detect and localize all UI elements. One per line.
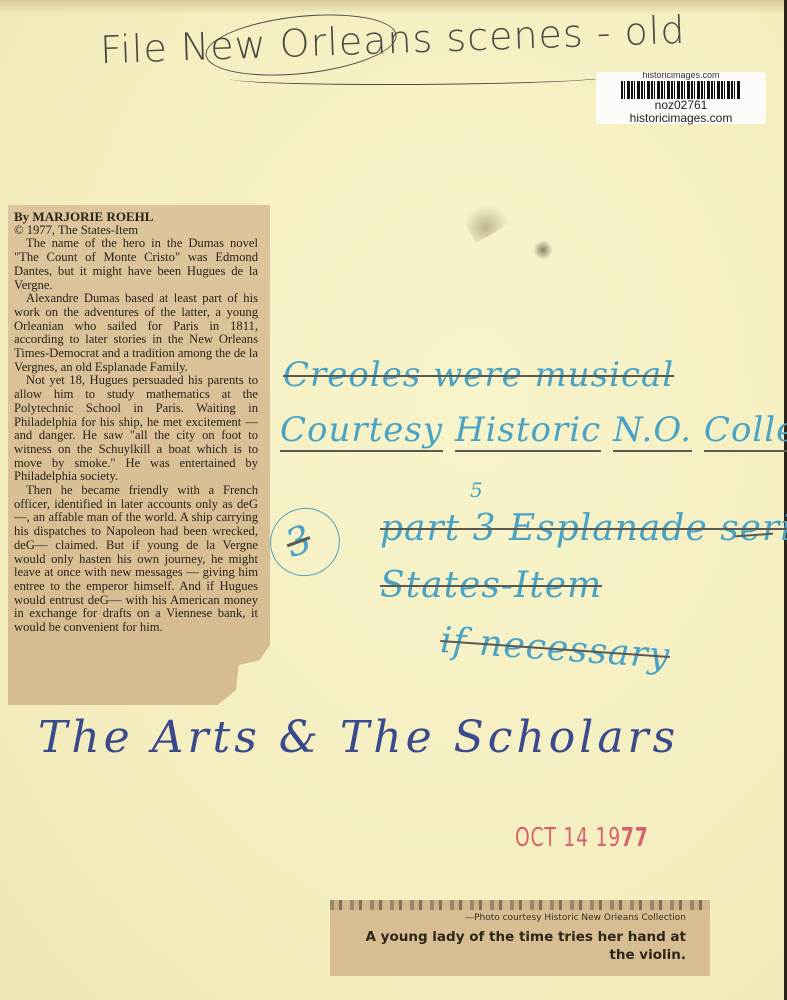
caption-clipping: —Photo courtesy Historic New Orleans Col… bbox=[330, 900, 710, 976]
file-suffix: scenes - old bbox=[446, 8, 687, 60]
date-stamp: OCT 14 1977 bbox=[515, 823, 649, 853]
label-site: historicimages.com bbox=[596, 112, 766, 124]
paragraph: Then he became friendly with a French of… bbox=[14, 484, 258, 635]
paragraph: Not yet 18, Hugues persuaded his parents… bbox=[14, 374, 258, 484]
barcode-icon bbox=[621, 81, 741, 99]
barcode-label: historicimages.com noz02761 historicimag… bbox=[596, 72, 766, 124]
note-no: N.O. bbox=[613, 410, 692, 452]
file-prefix: File bbox=[99, 26, 168, 72]
note-courtesy: Courtesy Historic N.O. Collection) bbox=[280, 410, 787, 450]
byline: By MARJORIE ROEHL bbox=[14, 210, 258, 224]
paragraph: Alexandre Dumas based at least part of h… bbox=[14, 292, 258, 374]
photo-caption: A young lady of the time tries her hand … bbox=[356, 928, 686, 964]
clipping-text: By MARJORIE ROEHL © 1977, The States-Ite… bbox=[14, 210, 258, 635]
label-site-top: historicimages.com bbox=[596, 72, 766, 80]
note-courtesy-word: Courtesy bbox=[280, 410, 443, 452]
note-five: 5 bbox=[470, 478, 484, 502]
copyright: © 1977, The States-Item bbox=[14, 224, 258, 238]
note-states-item: States-Item bbox=[380, 565, 602, 606]
circled-number-text: 3 bbox=[280, 516, 318, 566]
stamp-year: 77 bbox=[621, 823, 649, 853]
note-collection: Collection) bbox=[704, 410, 787, 452]
note-historic: Historic bbox=[455, 410, 601, 452]
speck-mark bbox=[533, 240, 553, 260]
stamp-date: OCT 14 19 bbox=[515, 823, 621, 853]
paragraph: The name of the hero in the Dumas novel … bbox=[14, 237, 258, 292]
halftone-strip bbox=[330, 900, 710, 910]
note-arts-scholars: The Arts & The Scholars bbox=[38, 712, 679, 763]
note-part: part 3 Esplanade series bbox=[380, 508, 787, 549]
note-creoles: Creoles were musical bbox=[283, 355, 674, 395]
photo-credit: —Photo courtesy Historic New Orleans Col… bbox=[465, 913, 686, 923]
